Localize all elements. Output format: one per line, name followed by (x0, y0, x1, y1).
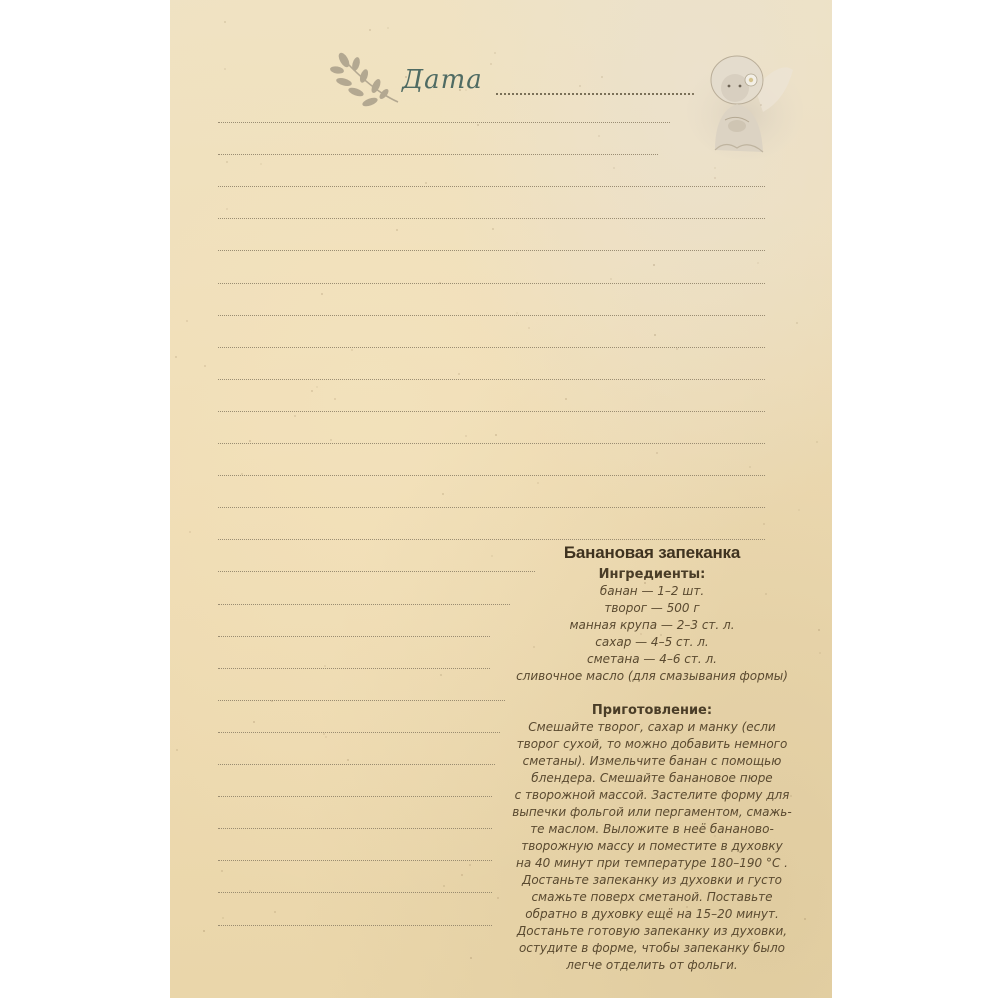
paper-speck (714, 835, 716, 837)
preparation-line: с творожной массой. Застелите форму для (492, 787, 812, 804)
paper-speck (477, 124, 479, 126)
writing-line[interactable] (218, 668, 490, 669)
paper-speck (425, 182, 427, 184)
paper-speck (204, 365, 206, 367)
ingredients-list: банан — 1–2 шт.творог — 500 гманная круп… (492, 583, 812, 685)
paper-speck (490, 63, 492, 65)
paper-speck (224, 68, 226, 70)
paper-speck (321, 293, 323, 295)
preparation-line: на 40 минут при температуре 180–190 °С . (492, 855, 812, 872)
preparation-line: Достаньте готовую запеканку из духовки, (492, 923, 812, 940)
paper-speck (751, 939, 753, 941)
writing-line[interactable] (218, 925, 492, 926)
paper-speck (274, 911, 276, 913)
paper-speck (405, 76, 407, 78)
writing-line[interactable] (218, 283, 765, 284)
recipe-title: Банановая запеканка (492, 543, 812, 563)
paper-speck (387, 27, 389, 29)
paper-speck (241, 473, 243, 475)
paper-speck (818, 629, 820, 631)
paper-speck (294, 415, 296, 417)
paper-speck (189, 531, 191, 533)
writing-line[interactable] (218, 700, 505, 701)
paper-speck (653, 264, 655, 266)
writing-line[interactable] (218, 443, 765, 444)
paper-speck (470, 957, 472, 959)
preparation-line: смажьте поверх сметаной. Поставьте (492, 889, 812, 906)
paper-speck (176, 749, 178, 751)
preparation-line: легче отделить от фольги. (492, 957, 812, 974)
preparation-line: творог сухой, то можно добавить немного (492, 736, 812, 753)
paper-speck (271, 700, 273, 702)
paper-speck (459, 89, 461, 91)
date-label: Дата (402, 65, 483, 95)
writing-line[interactable] (218, 250, 765, 251)
paper-speck (610, 278, 612, 280)
paper-speck (662, 775, 664, 777)
writing-line[interactable] (218, 122, 670, 123)
paper-speck (334, 398, 336, 400)
notebook-page: Дата Банановая запеканка Ингредиенты: ба… (170, 0, 832, 998)
preparation-line: Смешайте творог, сахар и манку (если (492, 719, 812, 736)
ingredient-item: творог — 500 г (492, 600, 812, 617)
paper-speck (516, 312, 518, 314)
paper-speck (249, 440, 251, 442)
paper-speck (222, 917, 224, 919)
paper-speck (819, 652, 821, 654)
writing-line[interactable] (218, 475, 765, 476)
paper-speck (325, 736, 327, 738)
preparation-line: выпечки фольгой или пергаментом, смажь- (492, 804, 812, 821)
writing-line[interactable] (218, 892, 492, 893)
preparation-line: Достаньте запеканку из духовки и густо (492, 872, 812, 889)
ingredient-item: манная крупа — 2–3 ст. л. (492, 617, 812, 634)
paper-speck (565, 398, 567, 400)
writing-line[interactable] (218, 379, 765, 380)
writing-line[interactable] (218, 732, 500, 733)
paper-speck (347, 759, 349, 761)
writing-line[interactable] (218, 154, 658, 155)
paper-speck (186, 320, 188, 322)
paper-speck (316, 386, 318, 388)
paper-speck (396, 229, 398, 231)
paper-speck (613, 167, 615, 169)
paper-speck (816, 441, 818, 443)
paper-speck (324, 665, 326, 667)
paper-speck (660, 634, 662, 636)
ingredient-item: банан — 1–2 шт. (492, 583, 812, 600)
paper-speck (323, 733, 325, 735)
writing-line[interactable] (218, 636, 490, 637)
paper-speck (497, 897, 499, 899)
paper-speck (465, 89, 467, 91)
writing-line[interactable] (218, 860, 492, 861)
writing-line[interactable] (218, 507, 765, 508)
paper-speck (253, 721, 255, 723)
paper-speck (714, 177, 716, 179)
paper-speck (533, 646, 535, 648)
paper-speck (749, 466, 751, 468)
paper-speck (537, 482, 539, 484)
paper-speck (494, 52, 496, 54)
writing-line[interactable] (218, 347, 765, 348)
paper-speck (440, 674, 442, 676)
paper-speck (369, 29, 371, 31)
preparation-text: Смешайте творог, сахар и манку (еслитвор… (492, 719, 812, 974)
paper-speck (458, 373, 460, 375)
paper-speck (763, 523, 765, 525)
paper-speck (439, 282, 441, 284)
paper-speck (804, 918, 806, 920)
paper-speck (640, 633, 642, 635)
writing-line[interactable] (218, 315, 765, 316)
paper-speck (491, 555, 493, 557)
paper-speck (765, 593, 767, 595)
ingredient-item: сливочное масло (для смазывания формы) (492, 668, 812, 685)
paper-speck (528, 327, 530, 329)
writing-line[interactable] (218, 764, 495, 765)
paper-speck (226, 208, 228, 210)
paper-speck (676, 348, 678, 350)
paper-speck (469, 864, 471, 866)
preparation-line: те маслом. Выложите в неё бананово- (492, 821, 812, 838)
paper-speck (203, 930, 205, 932)
paper-speck (598, 135, 600, 137)
paper-speck (654, 334, 656, 336)
paper-speck (221, 870, 223, 872)
writing-line[interactable] (218, 604, 510, 605)
ingredients-heading: Ингредиенты: (492, 567, 812, 583)
preparation-line: сметаны). Измельчите банан с помощью (492, 753, 812, 770)
ingredient-item: сахар — 4–5 ст. л. (492, 634, 812, 651)
paper-speck (442, 493, 444, 495)
paper-speck (644, 582, 646, 584)
preparation-heading: Приготовление: (492, 703, 812, 719)
preparation-line: блендера. Смешайте банановое пюре (492, 770, 812, 787)
writing-line[interactable] (218, 571, 535, 572)
paper-speck (579, 85, 581, 87)
writing-line[interactable] (218, 411, 765, 412)
paper-speck (714, 167, 716, 169)
ingredient-item: сметана — 4–6 ст. л. (492, 651, 812, 668)
paper-speck (311, 390, 313, 392)
olive-branch-icon (330, 52, 400, 114)
paper-speck (492, 228, 494, 230)
paper-speck (443, 885, 445, 887)
writing-line[interactable] (218, 539, 765, 540)
writing-line[interactable] (218, 828, 492, 829)
writing-line[interactable] (218, 796, 492, 797)
preparation-line: обратно в духовку ещё на 15–20 минут. (492, 906, 812, 923)
paper-speck (461, 874, 463, 876)
paper-speck (458, 75, 460, 77)
paper-speck (224, 21, 226, 23)
paper-speck (226, 161, 228, 163)
preparation-line: остудите в форме, чтобы запеканку было (492, 940, 812, 957)
angel-illustration (685, 40, 805, 160)
paper-speck (686, 906, 688, 908)
paper-speck (465, 435, 467, 437)
writing-line[interactable] (218, 218, 765, 219)
paper-speck (760, 104, 762, 106)
paper-speck (330, 439, 332, 441)
paper-speck (351, 349, 353, 351)
paper-speck (495, 434, 497, 436)
paper-speck (601, 76, 603, 78)
paper-speck (798, 509, 800, 511)
paper-speck (175, 356, 177, 358)
recipe-block: Банановая запеканка Ингредиенты: банан —… (492, 543, 812, 974)
paper-speck (796, 322, 798, 324)
paper-speck (249, 890, 251, 892)
date-field-line[interactable] (496, 93, 694, 95)
paper-speck (757, 262, 759, 264)
preparation-line: творожную массу и поместите в духовку (492, 838, 812, 855)
paper-speck (260, 163, 262, 165)
writing-line[interactable] (218, 186, 765, 187)
paper-speck (656, 452, 658, 454)
paper-speck (603, 861, 605, 863)
paper-speck (790, 795, 792, 797)
